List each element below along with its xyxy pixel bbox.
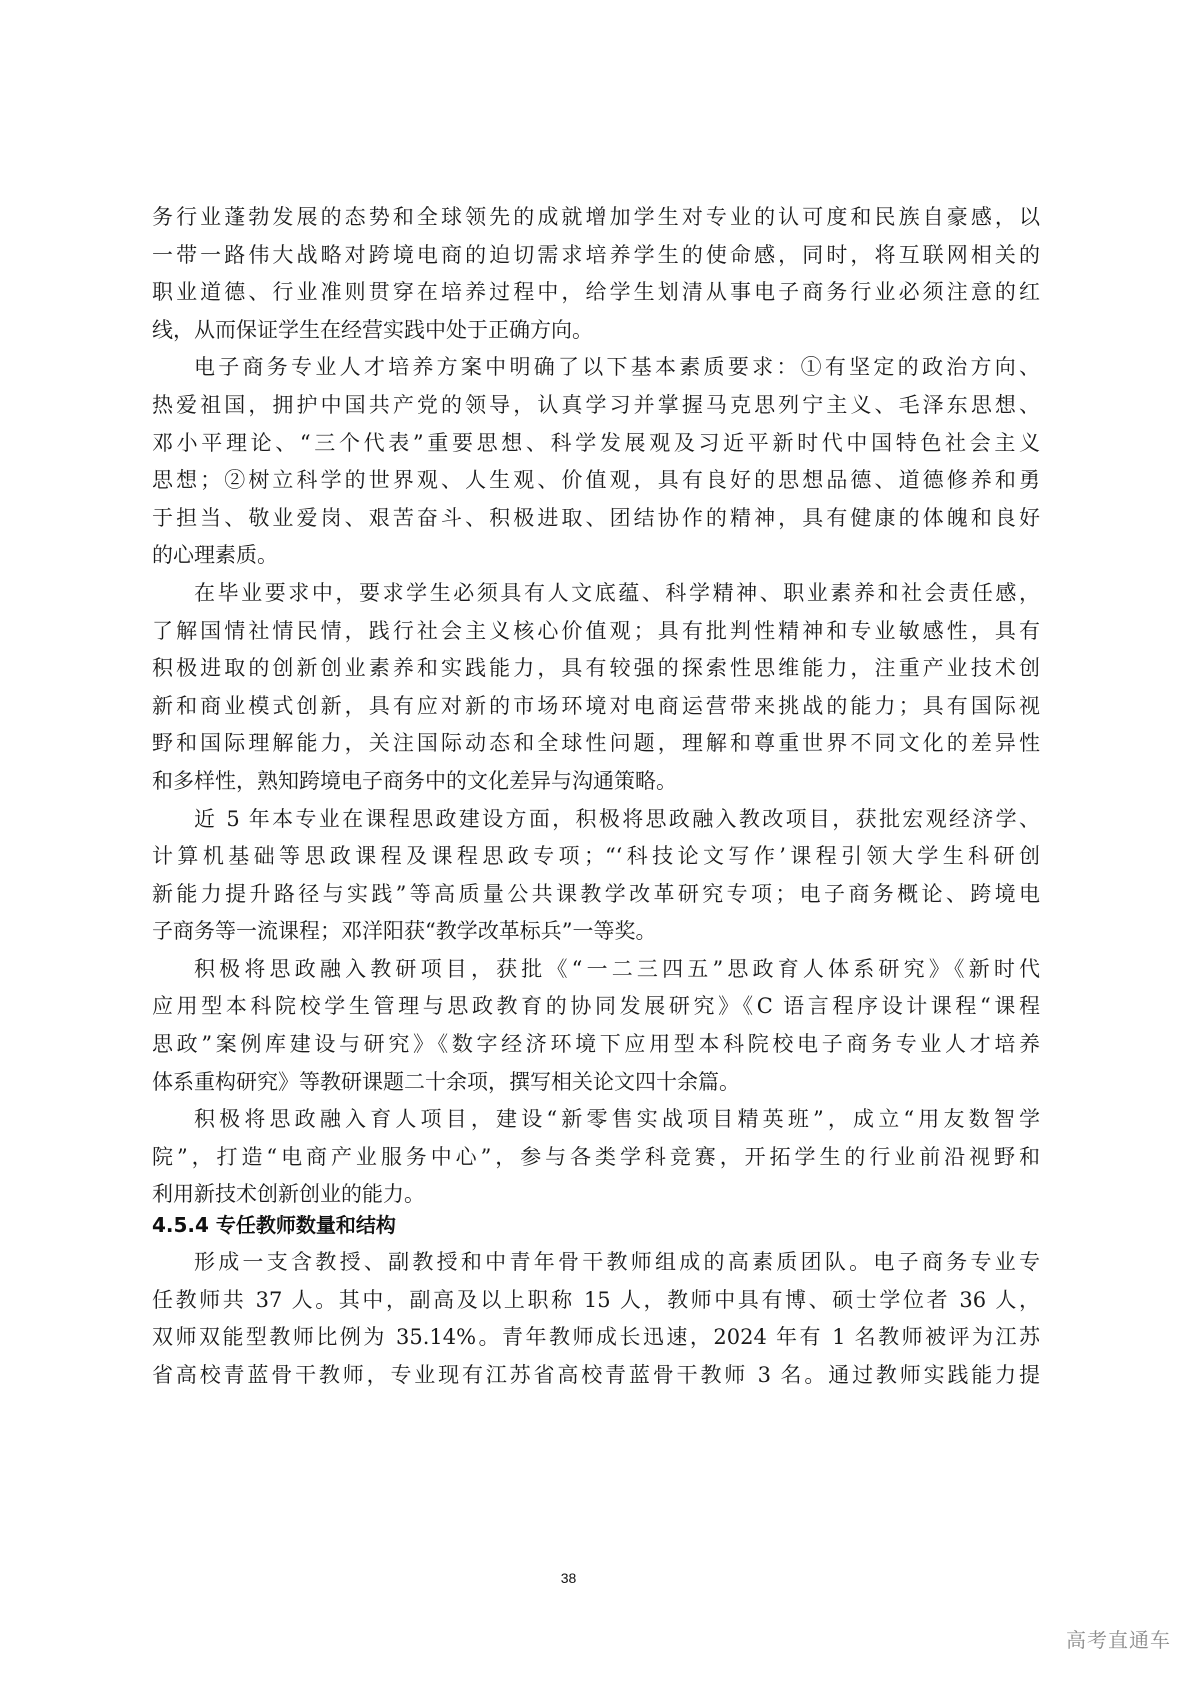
watermark-text: 高考直通车 bbox=[1066, 1624, 1171, 1653]
text-line: 形成一支含教授、副教授和中青年骨干教师组成的高素质团队。电子商务专业专 bbox=[152, 1244, 1040, 1282]
text-line: 电子商务专业人才培养方案中明确了以下基本素质要求：①有坚定的政治方向、 bbox=[152, 349, 1040, 387]
text-line: 新和商业模式创新，具有应对新的市场环境对电商运营带来挑战的能力；具有国际视 bbox=[152, 688, 1040, 726]
text-line: 省高校青蓝骨干教师，专业现有江苏省高校青蓝骨干教师 3 名。通过教师实践能力提 bbox=[152, 1357, 1040, 1395]
text-line: 任教师共 37 人。其中，副高及以上职称 15 人，教师中具有博、硕士学位者 3… bbox=[152, 1282, 1040, 1320]
paragraph: 近 5 年本专业在课程思政建设方面，积极将思政融入教改项目，获批宏观经济学、 计… bbox=[152, 801, 1040, 951]
text-line: 积极进取的创新创业素养和实践能力，具有较强的探索性思维能力，注重产业技术创 bbox=[152, 650, 1040, 688]
paragraph: 积极将思政融入教研项目，获批《“一二三四五”思政育人体系研究》《新时代 应用型本… bbox=[152, 951, 1040, 1101]
text-line: 邓小平理论、“三个代表”重要思想、科学发展观及习近平新时代中国特色社会主义 bbox=[152, 425, 1040, 463]
text-line: 应用型本科院校学生管理与思政教育的协同发展研究》《C 语言程序设计课程“课程 bbox=[152, 988, 1040, 1026]
text-line: 了解国情社情民情，践行社会主义核心价值观；具有批判性精神和专业敏感性，具有 bbox=[152, 613, 1040, 651]
paragraph: 务行业蓬勃发展的态势和全球领先的成就增加学生对专业的认可度和民族自豪感，以 一带… bbox=[152, 199, 1040, 349]
text-line: 利用新技术创新创业的能力。 bbox=[152, 1176, 1040, 1214]
text-line: 思想；②树立科学的世界观、人生观、价值观，具有良好的思想品德、道德修养和勇 bbox=[152, 462, 1040, 500]
text-line: 野和国际理解能力，关注国际动态和全球性问题，理解和尊重世界不同文化的差异性 bbox=[152, 725, 1040, 763]
text-line: 的心理素质。 bbox=[152, 537, 1040, 575]
text-line: 院”，打造“电商产业服务中心”，参与各类学科竞赛，开拓学生的行业前沿视野和 bbox=[152, 1139, 1040, 1177]
paragraph: 在毕业要求中，要求学生必须具有人文底蕴、科学精神、职业素养和社会责任感， 了解国… bbox=[152, 575, 1040, 801]
text-line: 和多样性，熟知跨境电子商务中的文化差异与沟通策略。 bbox=[152, 763, 1040, 801]
text-line: 思政”案例库建设与研究》《数字经济环境下应用型本科院校电子商务专业人才培养 bbox=[152, 1026, 1040, 1064]
text-line: 积极将思政融入育人项目，建设“新零售实战项目精英班”，成立“用友数智学 bbox=[152, 1101, 1040, 1139]
text-line: 积极将思政融入教研项目，获批《“一二三四五”思政育人体系研究》《新时代 bbox=[152, 951, 1040, 989]
text-line: 计算机基础等思政课程及课程思政专项；“‘科技论文写作’课程引领大学生科研创 bbox=[152, 838, 1040, 876]
page-body: 务行业蓬勃发展的态势和全球领先的成就增加学生对专业的认可度和民族自豪感，以 一带… bbox=[152, 199, 1040, 1394]
text-line: 一带一路伟大战略对跨境电商的迫切需求培养学生的使命感，同时，将互联网相关的 bbox=[152, 237, 1040, 275]
section-heading: 4.5.4 专任教师数量和结构 bbox=[152, 1210, 1040, 1240]
text-line: 于担当、敬业爱岗、艰苦奋斗、积极进取、团结协作的精神，具有健康的体魄和良好 bbox=[152, 500, 1040, 538]
text-line: 子商务等一流课程；邓洋阳获“教学改革标兵”一等奖。 bbox=[152, 913, 1040, 951]
text-line: 新能力提升路径与实践”等高质量公共课教学改革研究专项；电子商务概论、跨境电 bbox=[152, 876, 1040, 914]
text-line: 近 5 年本专业在课程思政建设方面，积极将思政融入教改项目，获批宏观经济学、 bbox=[152, 801, 1040, 839]
paragraph: 形成一支含教授、副教授和中青年骨干教师组成的高素质团队。电子商务专业专 任教师共… bbox=[152, 1244, 1040, 1394]
paragraph: 积极将思政融入育人项目，建设“新零售实战项目精英班”，成立“用友数智学 院”，打… bbox=[152, 1101, 1040, 1214]
paragraph: 电子商务专业人才培养方案中明确了以下基本素质要求：①有坚定的政治方向、 热爱祖国… bbox=[152, 349, 1040, 575]
text-line: 务行业蓬勃发展的态势和全球领先的成就增加学生对专业的认可度和民族自豪感，以 bbox=[152, 199, 1040, 237]
text-line: 线，从而保证学生在经营实践中处于正确方向。 bbox=[152, 312, 1040, 350]
text-line: 双师双能型教师比例为 35.14%。青年教师成长迅速，2024 年有 1 名教师… bbox=[152, 1319, 1040, 1357]
text-line: 体系重构研究》等教研课题二十余项，撰写相关论文四十余篇。 bbox=[152, 1064, 1040, 1102]
page-number: 38 bbox=[0, 1570, 1164, 1586]
text-line: 职业道德、行业准则贯穿在培养过程中，给学生划清从事电子商务行业必须注意的红 bbox=[152, 274, 1040, 312]
text-line: 在毕业要求中，要求学生必须具有人文底蕴、科学精神、职业素养和社会责任感， bbox=[152, 575, 1040, 613]
text-line: 热爱祖国，拥护中国共产党的领导，认真学习并掌握马克思列宁主义、毛泽东思想、 bbox=[152, 387, 1040, 425]
